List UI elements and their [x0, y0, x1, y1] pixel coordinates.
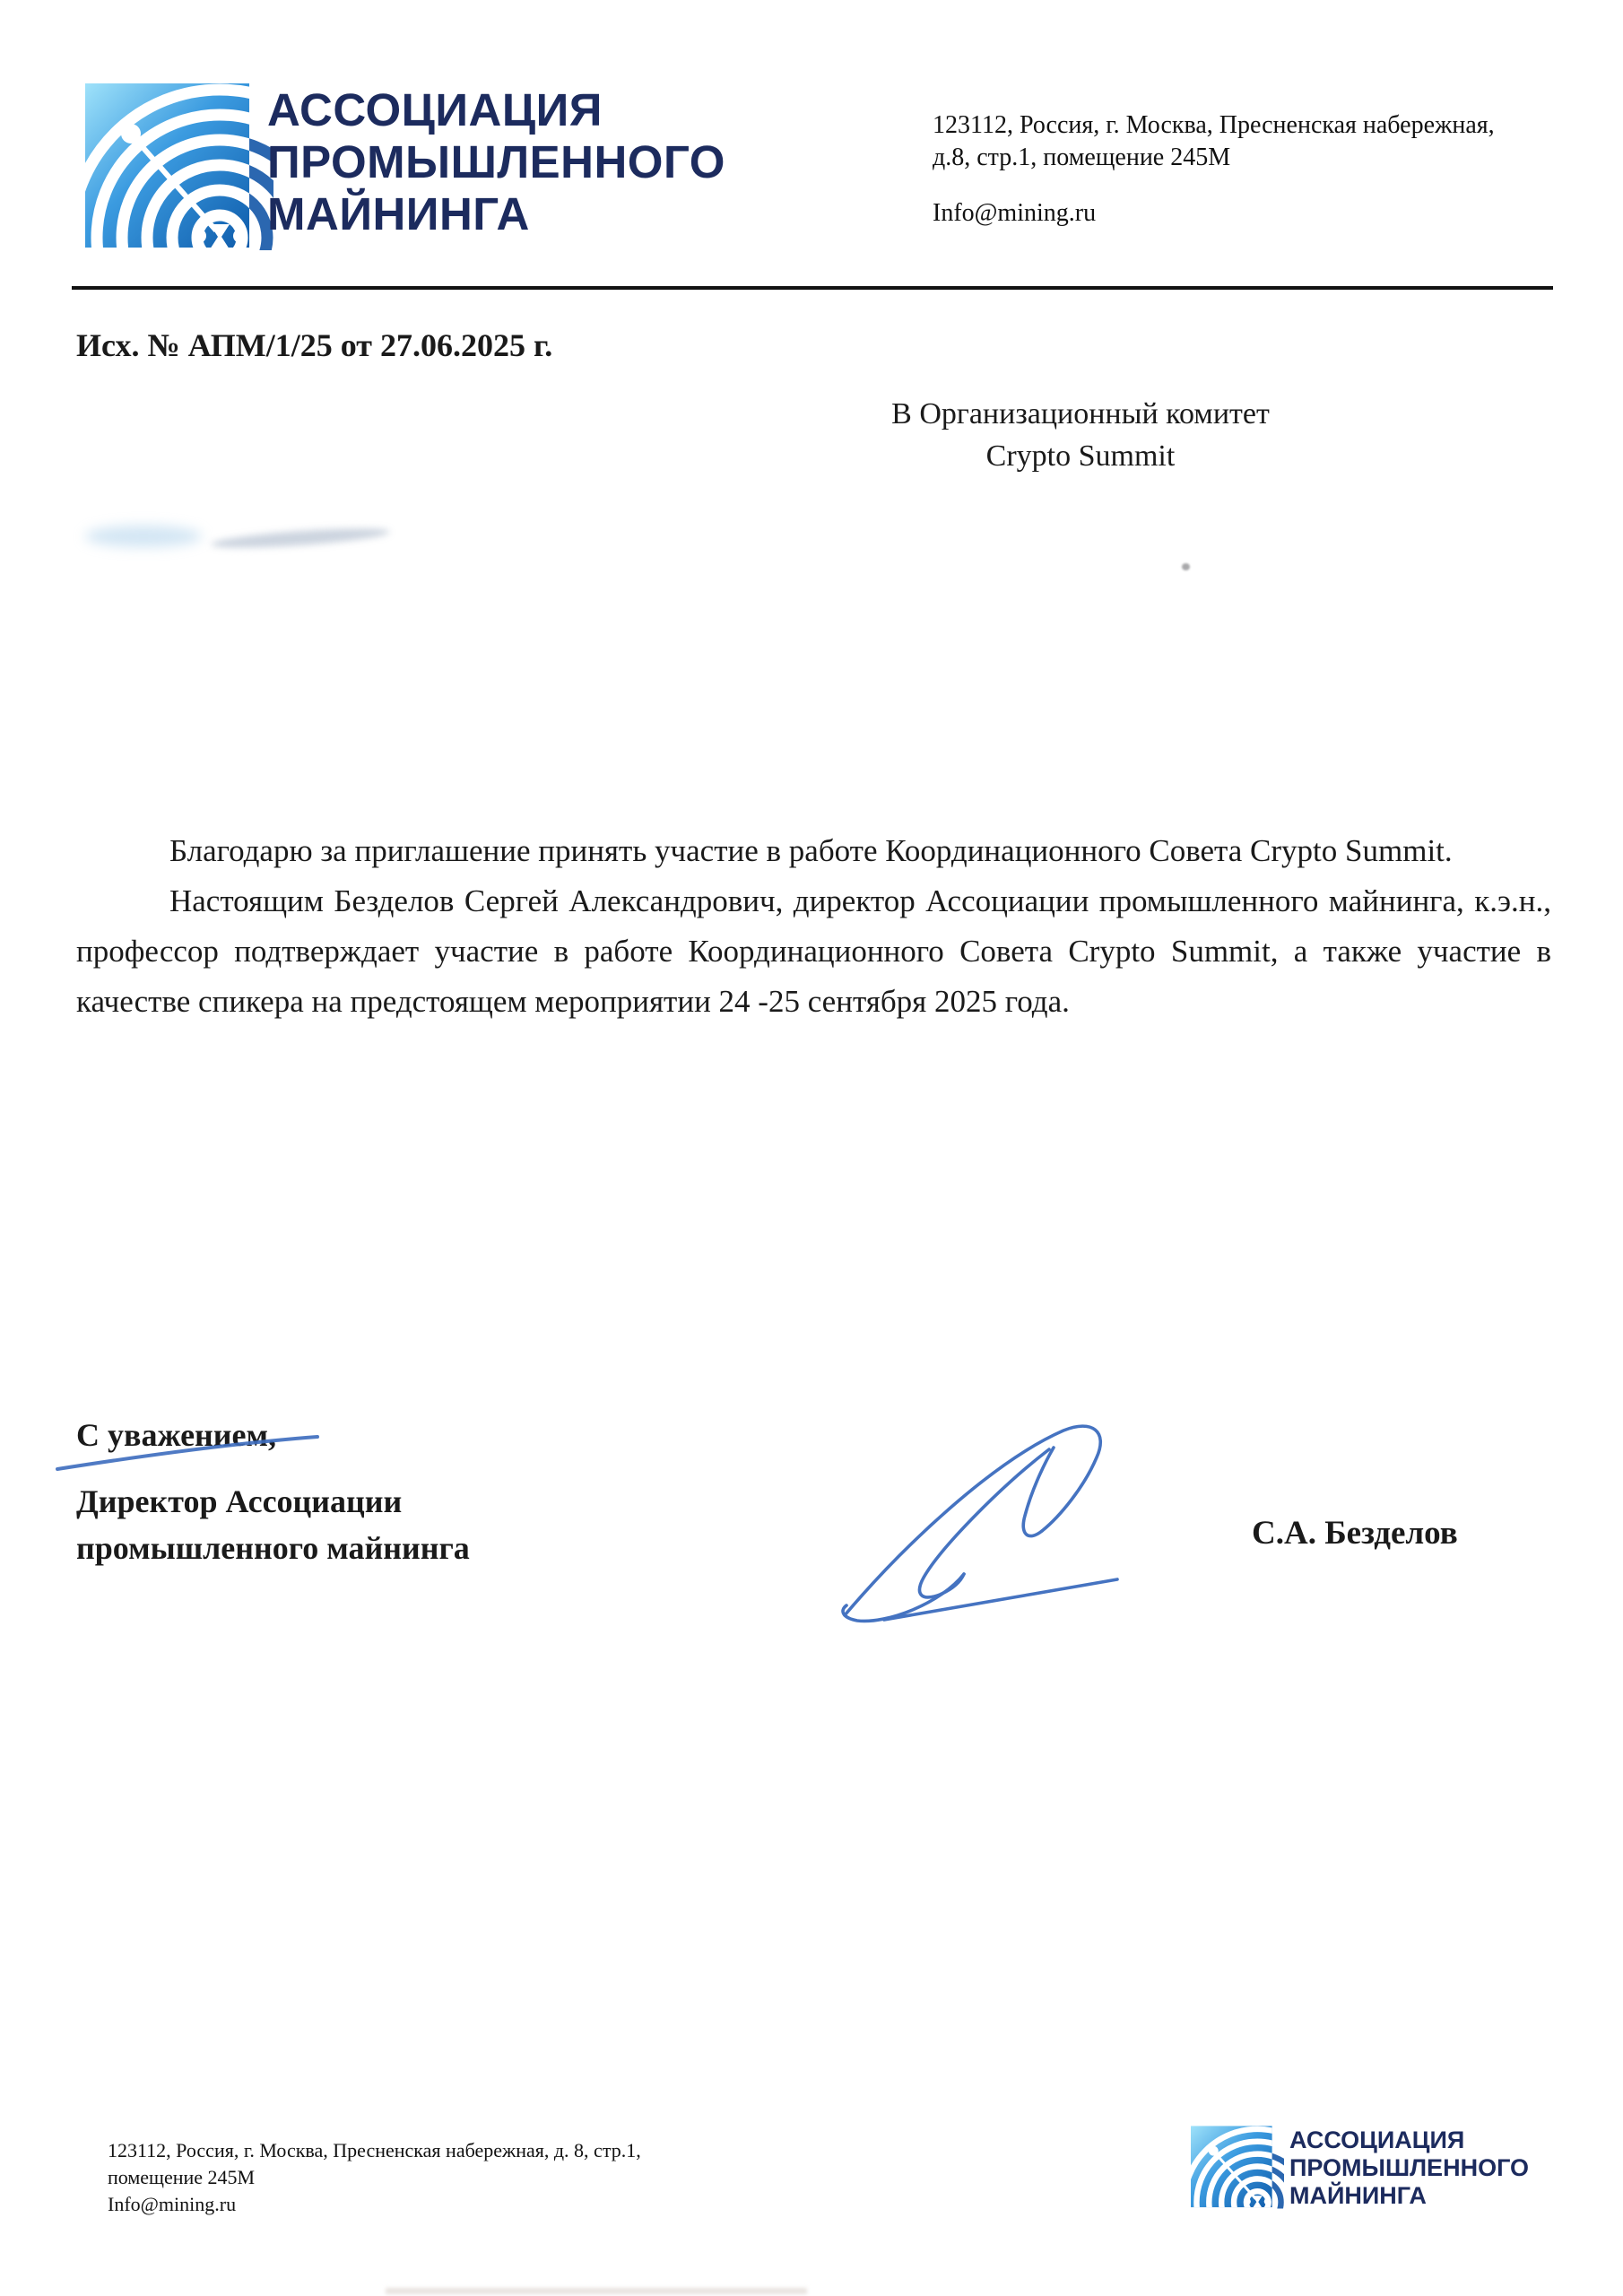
header-divider [72, 286, 1553, 290]
org-name-line: ПРОМЫШЛЕННОГО [267, 136, 725, 188]
org-name: АССОЦИАЦИЯ ПРОМЫШЛЕННОГО МАЙНИНГА [267, 84, 725, 240]
scan-dot [1182, 563, 1190, 570]
footer-org-name-line: АССОЦИАЦИЯ [1289, 2126, 1529, 2154]
org-name-line: АССОЦИАЦИЯ [267, 84, 725, 136]
footer-org-name: АССОЦИАЦИЯ ПРОМЫШЛЕННОГО МАЙНИНГА [1289, 2126, 1529, 2210]
scan-smudge [211, 525, 391, 552]
body-paragraph: Благодарю за приглашение принять участие… [76, 826, 1551, 876]
signoff-title-line: промышленного майнинга [76, 1525, 470, 1571]
body-paragraph: Настоящим Безделов Сергей Александрович,… [76, 876, 1551, 1027]
footer-email: Info@mining.ru [108, 2191, 735, 2218]
header-address-line: 123112, Россия, г. Москва, Пресненская н… [933, 109, 1560, 142]
pen-underline-stroke-icon [52, 1428, 325, 1478]
org-logo-mark-icon [85, 83, 273, 250]
letter-body: Благодарю за приглашение принять участие… [76, 826, 1551, 1027]
footer-org-name-line: ПРОМЫШЛЕННОГО [1289, 2154, 1529, 2182]
recipient-block: В Организационный комитет Crypto Summit [771, 393, 1390, 477]
recipient-line: Crypto Summit [771, 435, 1390, 477]
signatory-name: С.А. Безделов [1252, 1514, 1458, 1552]
header-address-line: д.8, стр.1, помещение 245М [933, 142, 1560, 174]
header-email: Info@mining.ru [933, 197, 1560, 230]
signature-scribble-icon [832, 1402, 1133, 1640]
org-name-line: МАЙНИНГА [267, 188, 725, 240]
scan-edge-mark [386, 2288, 807, 2294]
outgoing-ref-line: Исх. № АПМ/1/25 от 27.06.2025 г. [76, 326, 552, 364]
letter-page: АССОЦИАЦИЯ ПРОМЫШЛЕННОГО МАЙНИНГА 123112… [0, 0, 1623, 2296]
footer-org-name-line: МАЙНИНГА [1289, 2182, 1529, 2210]
footer-address-line: помещение 245М [108, 2164, 735, 2191]
scan-smudge [85, 526, 202, 547]
footer-logo-mark-icon [1191, 2126, 1284, 2209]
footer-address-line: 123112, Россия, г. Москва, Пресненская н… [108, 2137, 735, 2164]
signoff-title-line: Директор Ассоциации [76, 1478, 470, 1525]
recipient-line: В Организационный комитет [771, 393, 1390, 435]
footer-address-block: 123112, Россия, г. Москва, Пресненская н… [108, 2137, 735, 2218]
header-address-block: 123112, Россия, г. Москва, Пресненская н… [933, 109, 1560, 230]
